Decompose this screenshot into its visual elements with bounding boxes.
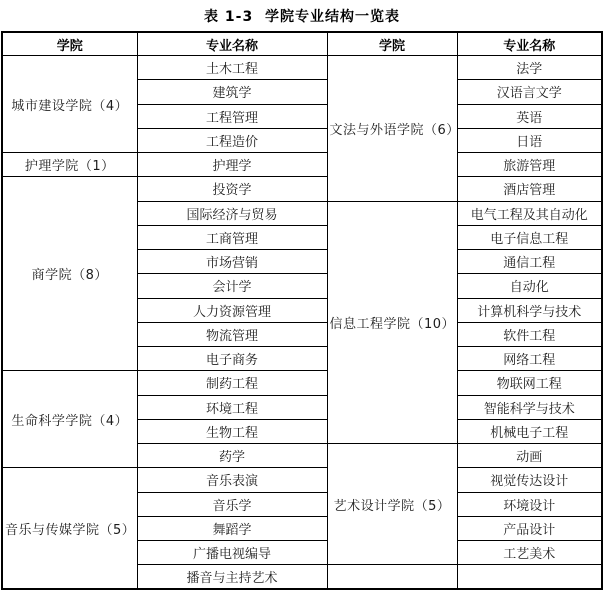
college-cell: 信息工程学院（10）	[327, 201, 457, 444]
major-cell: 产品设计	[457, 516, 602, 540]
major-cell: 工程管理	[137, 104, 327, 128]
header-row: 学院 专业名称 学院 专业名称	[2, 32, 602, 56]
header-major-left: 专业名称	[137, 32, 327, 56]
major-cell: 音乐表演	[137, 468, 327, 492]
table-row: 生命科学学院（4） 制药工程 物联网工程	[2, 371, 602, 395]
major-cell: 建筑学	[137, 80, 327, 104]
empty-college-cell	[327, 565, 457, 589]
document-page: 表 1-3 学院专业结构一览表 学院 专业名称 学院 专业名称 城市建设学院（4…	[0, 0, 604, 593]
major-cell: 自动化	[457, 274, 602, 298]
table-row: 音乐与传媒学院（5） 音乐表演 视觉传达设计	[2, 468, 602, 492]
major-cell: 生物工程	[137, 419, 327, 443]
major-cell: 人力资源管理	[137, 298, 327, 322]
college-cell: 艺术设计学院（5）	[327, 444, 457, 565]
major-cell: 工程造价	[137, 128, 327, 152]
major-cell: 视觉传达设计	[457, 468, 602, 492]
major-cell: 旅游管理	[457, 153, 602, 177]
header-major-right: 专业名称	[457, 32, 602, 56]
major-cell: 电子信息工程	[457, 225, 602, 249]
table-row: 护理学院（1） 护理学 旅游管理	[2, 153, 602, 177]
major-cell: 护理学	[137, 153, 327, 177]
major-cell: 国际经济与贸易	[137, 201, 327, 225]
major-cell: 播音与主持艺术	[137, 565, 327, 589]
major-cell: 通信工程	[457, 250, 602, 274]
major-cell: 工艺美术	[457, 541, 602, 565]
major-cell: 市场营销	[137, 250, 327, 274]
major-cell: 动画	[457, 444, 602, 468]
major-cell: 酒店管理	[457, 177, 602, 201]
major-cell: 软件工程	[457, 322, 602, 346]
major-cell: 广播电视编导	[137, 541, 327, 565]
major-cell: 网络工程	[457, 347, 602, 371]
major-cell: 会计学	[137, 274, 327, 298]
major-cell: 药学	[137, 444, 327, 468]
major-cell: 环境工程	[137, 395, 327, 419]
college-major-table: 学院 专业名称 学院 专业名称 城市建设学院（4） 土木工程 文法与外语学院（6…	[1, 31, 603, 590]
college-cell: 城市建设学院（4）	[2, 56, 137, 153]
table-row: 商学院（8） 投资学 酒店管理	[2, 177, 602, 201]
header-college-right: 学院	[327, 32, 457, 56]
major-cell: 土木工程	[137, 56, 327, 80]
major-cell: 舞蹈学	[137, 516, 327, 540]
major-cell: 电子商务	[137, 347, 327, 371]
major-cell: 智能科学与技术	[457, 395, 602, 419]
empty-major-cell	[457, 565, 602, 589]
college-cell: 护理学院（1）	[2, 153, 137, 177]
major-cell: 环境设计	[457, 492, 602, 516]
college-cell: 商学院（8）	[2, 177, 137, 371]
major-cell: 日语	[457, 128, 602, 152]
major-cell: 机械电子工程	[457, 419, 602, 443]
major-cell: 汉语言文学	[457, 80, 602, 104]
major-cell: 英语	[457, 104, 602, 128]
major-cell: 物联网工程	[457, 371, 602, 395]
major-cell: 电气工程及其自动化	[457, 201, 602, 225]
table-row: 城市建设学院（4） 土木工程 文法与外语学院（6） 法学	[2, 56, 602, 80]
major-cell: 制药工程	[137, 371, 327, 395]
college-cell: 音乐与传媒学院（5）	[2, 468, 137, 589]
major-cell: 物流管理	[137, 322, 327, 346]
college-cell: 文法与外语学院（6）	[327, 56, 457, 202]
major-cell: 音乐学	[137, 492, 327, 516]
header-college-left: 学院	[2, 32, 137, 56]
major-cell: 工商管理	[137, 225, 327, 249]
college-cell: 生命科学学院（4）	[2, 371, 137, 468]
major-cell: 计算机科学与技术	[457, 298, 602, 322]
major-cell: 法学	[457, 56, 602, 80]
major-cell: 投资学	[137, 177, 327, 201]
table-title: 表 1-3 学院专业结构一览表	[0, 0, 604, 28]
